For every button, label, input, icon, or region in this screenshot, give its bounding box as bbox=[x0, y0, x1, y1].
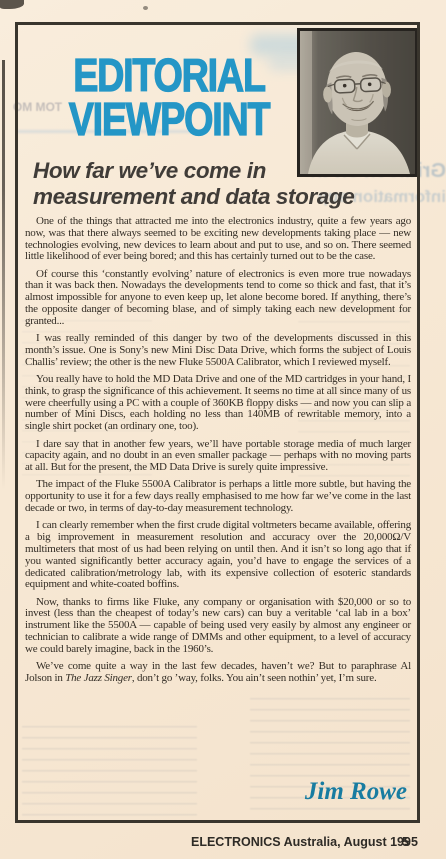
scan-artifact-edge bbox=[2, 60, 5, 490]
magazine-page: Gridlock on th information sup TOM MO ED… bbox=[0, 0, 446, 859]
scan-artifact-speck bbox=[143, 6, 148, 10]
footer-magazine-credit: ELECTRONICS Australia, August 1995 bbox=[191, 835, 418, 849]
article-border bbox=[15, 22, 420, 823]
footer-page-number: 5 bbox=[402, 835, 409, 849]
scan-artifact-corner bbox=[0, 0, 24, 9]
